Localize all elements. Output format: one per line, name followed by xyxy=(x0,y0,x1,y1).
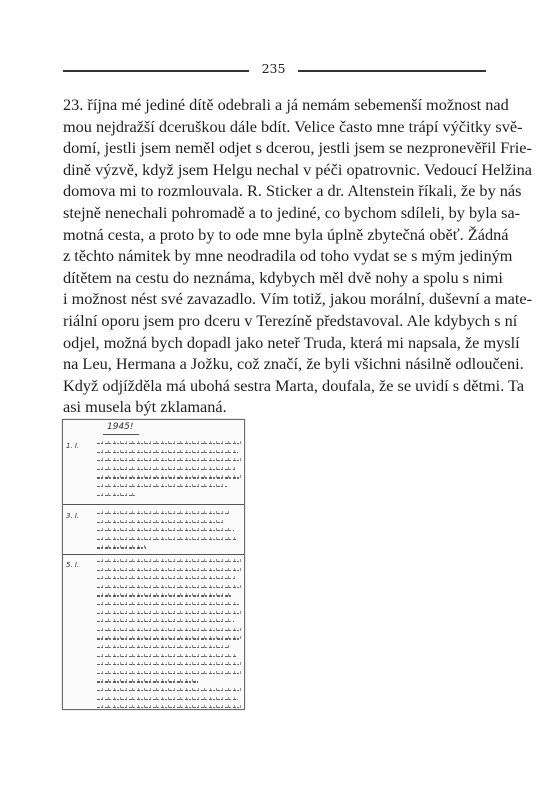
text-line: motná cesta, a proto by to ode mne byla … xyxy=(63,224,486,246)
handwriting-line xyxy=(97,703,241,710)
entry-date: 1. I. xyxy=(66,442,79,450)
text-line: dítětem na cestu do neznáma, kdybych měl… xyxy=(63,267,486,289)
handwriting-line xyxy=(97,448,241,457)
handwriting-line xyxy=(97,456,241,465)
handwriting-line xyxy=(97,482,241,491)
entry-separator xyxy=(63,554,244,555)
header-rule-right xyxy=(298,70,486,72)
page-number: 235 xyxy=(249,61,298,76)
diary-entry xyxy=(97,557,241,710)
handwriting-line xyxy=(97,677,241,686)
handwriting-line xyxy=(97,439,241,448)
entry-date: 5. I. xyxy=(66,561,79,569)
handwriting-line xyxy=(97,634,241,643)
entry-date: 3. I. xyxy=(66,512,79,520)
diary-entry xyxy=(97,439,241,499)
page-header: 235 xyxy=(63,60,486,80)
handwriting-line xyxy=(97,526,241,535)
handwriting-line xyxy=(97,617,241,626)
text-line: odjel, možná bych dopadl jako neteř Trud… xyxy=(63,332,486,354)
entry-separator xyxy=(63,504,244,505)
handwriting-line xyxy=(97,686,241,695)
body-paragraph: 23. října mé jediné dítě odebrali a já n… xyxy=(63,94,486,418)
text-line: 23. října mé jediné dítě odebrali a já n… xyxy=(63,94,486,116)
handwriting-line xyxy=(97,557,241,566)
text-line: domova mi to rozmlouvala. R. Sticker a d… xyxy=(63,180,486,202)
text-line: stejně nenechali pohromadě a to jediné, … xyxy=(63,202,486,224)
handwriting-line xyxy=(97,669,241,678)
handwriting-line xyxy=(97,591,241,600)
text-line: riální oporu jsem pro dceru v Terezíně p… xyxy=(63,310,486,332)
handwriting-line xyxy=(97,695,241,704)
handwriting-line xyxy=(97,626,241,635)
handwriting-line xyxy=(97,583,241,592)
header-rule-left xyxy=(63,70,249,72)
handwriting-line xyxy=(97,660,241,669)
diary-entry xyxy=(97,509,241,552)
handwriting-line xyxy=(97,535,241,544)
handwriting-line xyxy=(97,518,241,527)
heading-underline xyxy=(103,434,139,435)
text-line: mou nejdražší dceruškou dále bdít. Velic… xyxy=(63,116,486,138)
handwriting-line xyxy=(97,574,241,583)
text-line: z těchto námitek by mne neodradila od to… xyxy=(63,245,486,267)
diary-year-heading: 1945! xyxy=(107,422,134,432)
handwriting-line xyxy=(97,566,241,575)
handwriting-line xyxy=(97,600,241,609)
handwriting-line xyxy=(97,491,241,500)
text-line: i možnost nést své zavazadlo. Vím totiž,… xyxy=(63,288,486,310)
handwriting-line xyxy=(97,473,241,482)
text-line: Když odjížděla má ubohá sestra Marta, do… xyxy=(63,375,486,397)
text-line: dině výzvě, když jsem Helgu nechal v péč… xyxy=(63,159,486,181)
handwriting-line xyxy=(97,543,241,552)
book-page: 235 23. října mé jediné dítě odebrali a … xyxy=(0,0,549,800)
handwriting-line xyxy=(97,643,241,652)
handwriting-line xyxy=(97,652,241,661)
handwriting-line xyxy=(97,509,241,518)
handwriting-line xyxy=(97,609,241,618)
text-line: asi musela být zklamaná. xyxy=(63,396,486,418)
handwritten-diary-image: 1945! 1. I. 3. I. 5. I xyxy=(62,419,245,710)
text-line: na Leu, Hermana a Jožku, což značí, že b… xyxy=(63,353,486,375)
handwriting-line xyxy=(97,465,241,474)
text-line: domí, jestli jsem neměl odjet s dcerou, … xyxy=(63,137,486,159)
